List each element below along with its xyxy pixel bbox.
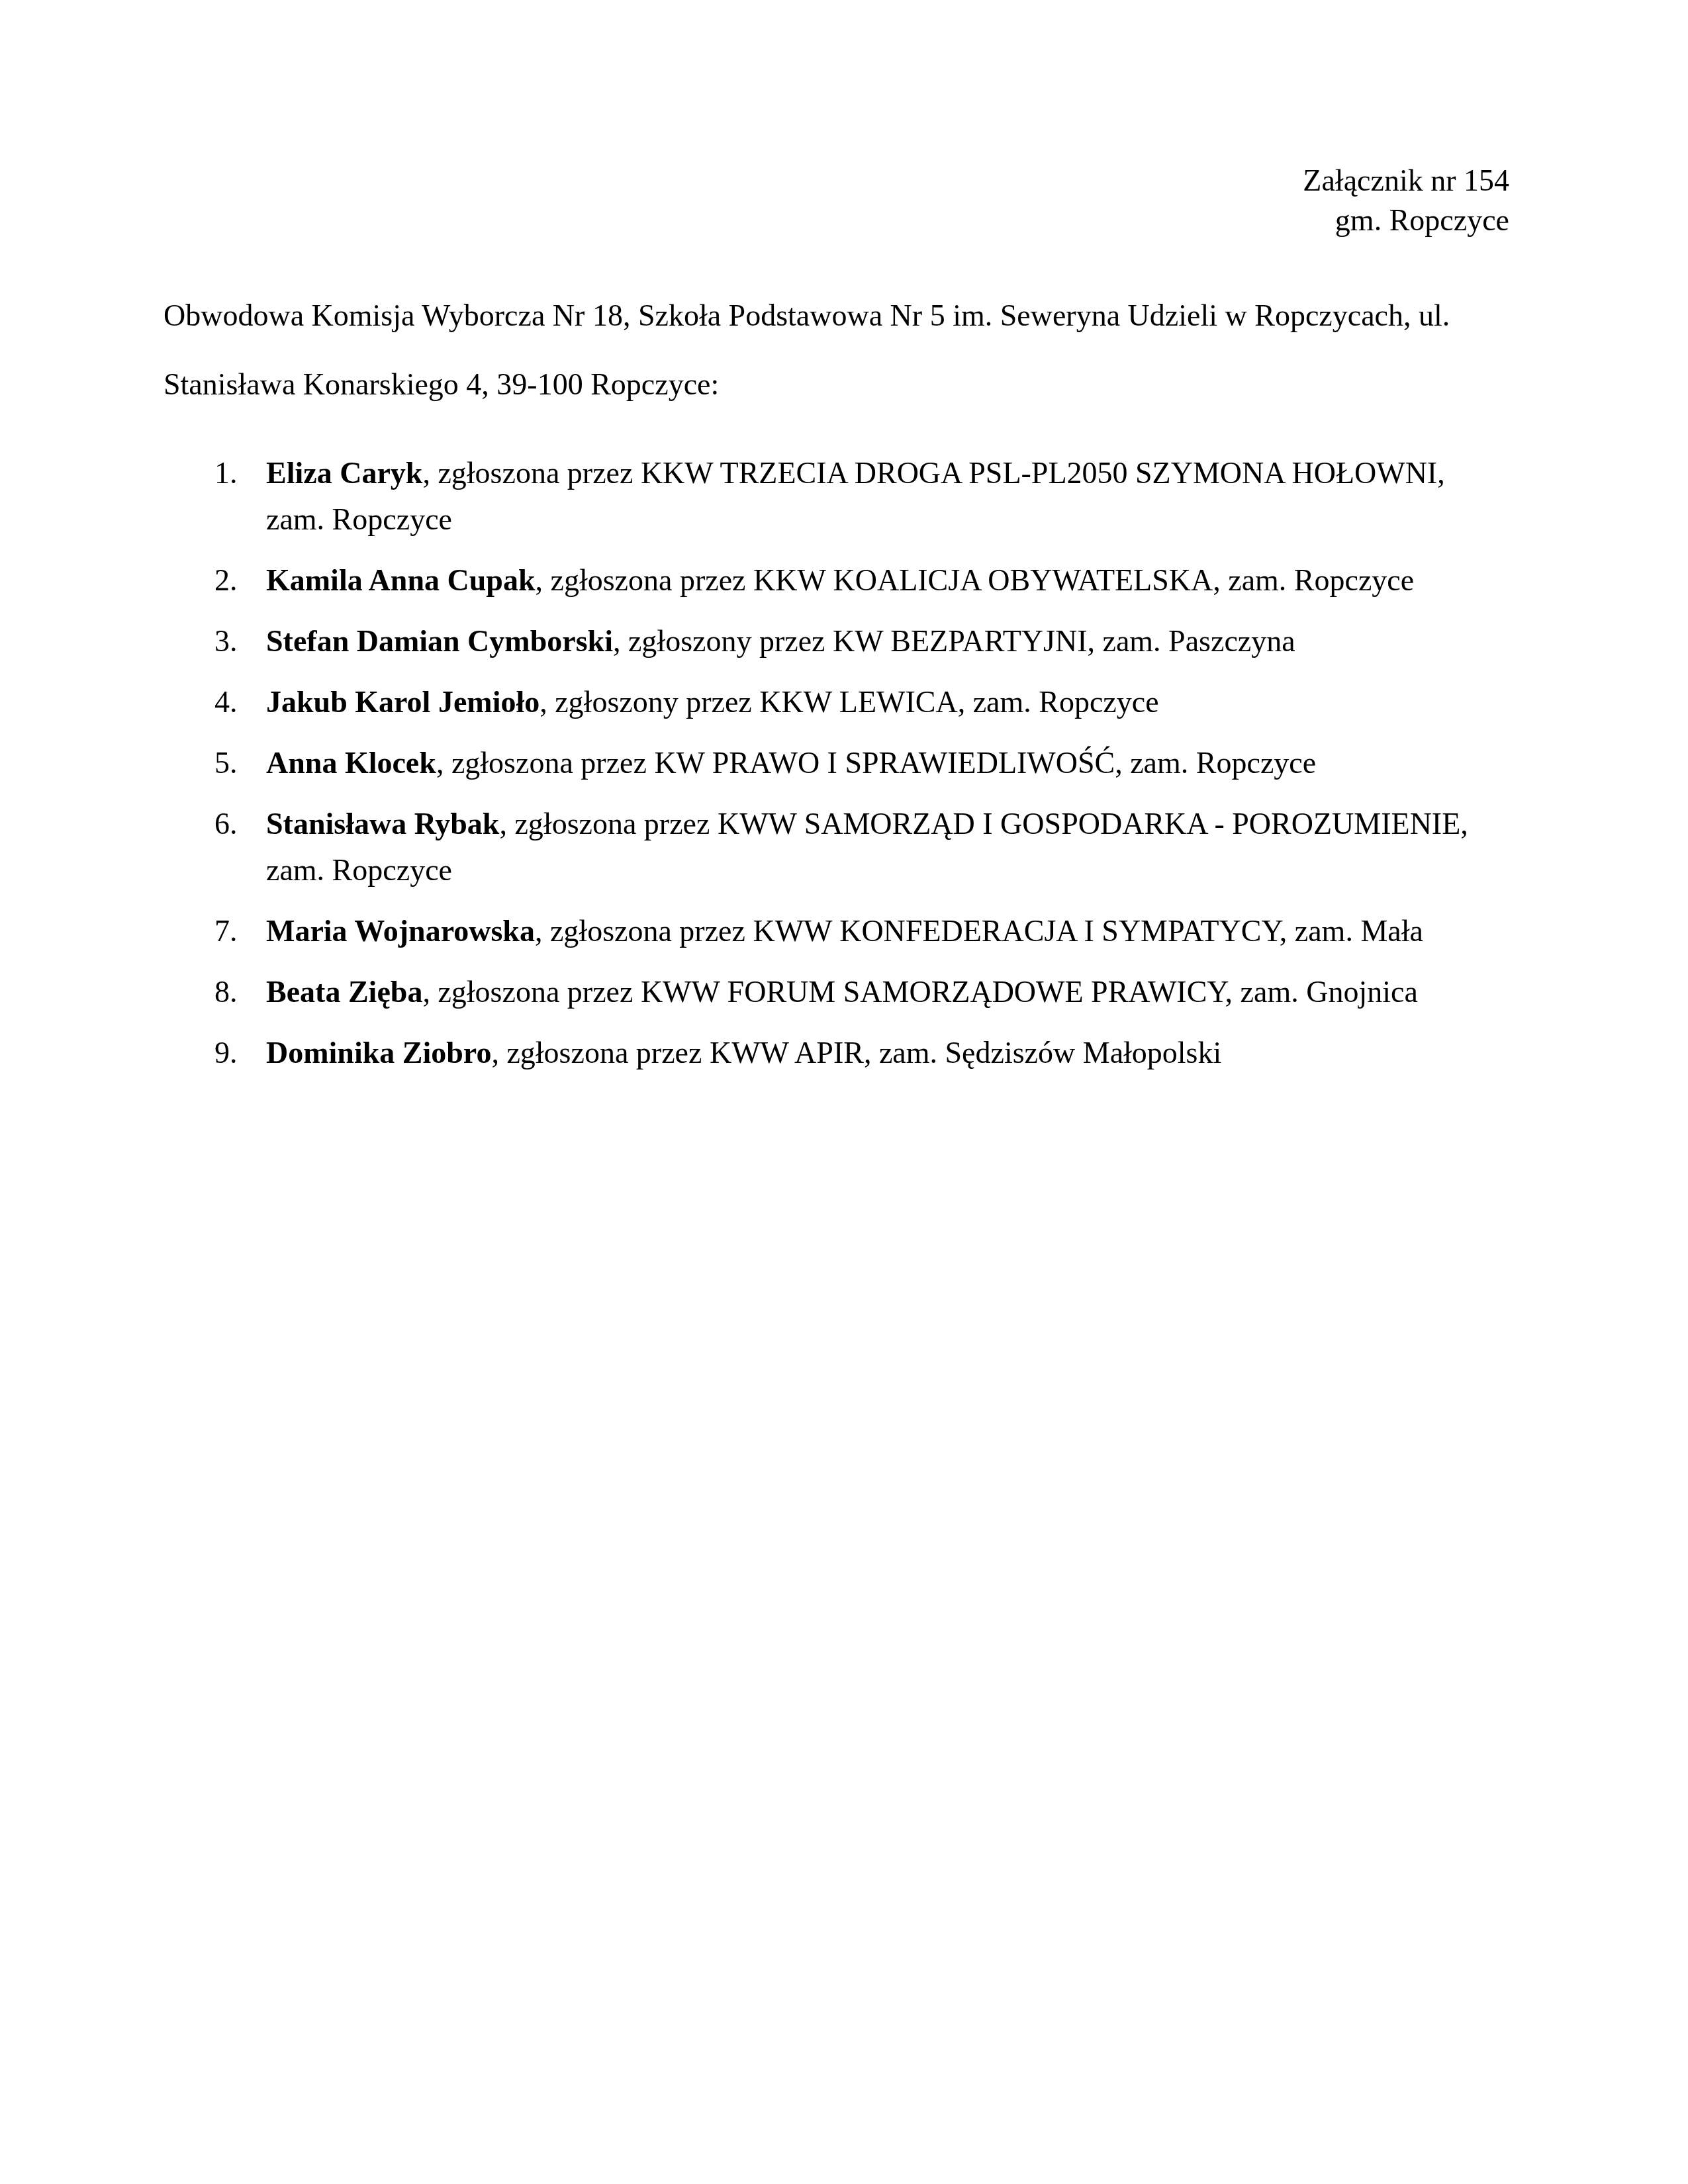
- list-item: 1. Eliza Caryk, zgłoszona przez KKW TRZE…: [164, 450, 1527, 543]
- list-item-number: 3.: [214, 618, 238, 664]
- commission-description: Obwodowa Komisja Wyborcza Nr 18, Szkoła …: [164, 281, 1514, 419]
- member-details: , zgłoszona przez KWW APIR, zam. Sędzisz…: [491, 1036, 1221, 1069]
- member-details: , zgłoszony przez KKW LEWICA, zam. Ropcz…: [539, 685, 1158, 719]
- list-item: 8. Beata Zięba, zgłoszona przez KWW FORU…: [164, 969, 1527, 1015]
- list-item-number: 1.: [214, 450, 238, 496]
- list-item: 5. Anna Klocek, zgłoszona przez KW PRAWO…: [164, 740, 1527, 786]
- document-page: Załącznik nr 154 gm. Ropczyce Obwodowa K…: [0, 0, 1688, 2184]
- list-item: 6. Stanisława Rybak, zgłoszona przez KWW…: [164, 801, 1527, 893]
- member-name: Dominika Ziobro: [266, 1036, 491, 1069]
- list-item: 3. Stefan Damian Cymborski, zgłoszony pr…: [164, 618, 1527, 664]
- list-item-number: 8.: [214, 969, 238, 1015]
- list-item-number: 9.: [214, 1030, 238, 1076]
- list-item-number: 2.: [214, 557, 238, 604]
- list-item: 9. Dominika Ziobro, zgłoszona przez KWW …: [164, 1030, 1527, 1076]
- commission-description-line-1: Obwodowa Komisja Wyborcza Nr 18, Szkoła …: [164, 281, 1514, 350]
- member-name: Maria Wojnarowska: [266, 914, 535, 948]
- municipality-name: gm. Ropczyce: [1303, 201, 1509, 240]
- member-residence: zam. Ropczyce: [266, 502, 452, 536]
- member-details: , zgłoszona przez KWW FORUM SAMORZĄDOWE …: [422, 975, 1417, 1009]
- list-item-number: 6.: [214, 801, 238, 847]
- member-name: Kamila Anna Cupak: [266, 563, 535, 597]
- member-details: , zgłoszona przez KW PRAWO I SPRAWIEDLIW…: [436, 746, 1316, 780]
- list-item: 7. Maria Wojnarowska, zgłoszona przez KW…: [164, 908, 1527, 954]
- list-item-number: 5.: [214, 740, 238, 786]
- member-details: , zgłoszona przez KKW KOALICJA OBYWATELS…: [535, 563, 1414, 597]
- list-item: 4. Jakub Karol Jemioło, zgłoszony przez …: [164, 679, 1527, 725]
- list-item: 2. Kamila Anna Cupak, zgłoszona przez KK…: [164, 557, 1527, 604]
- member-details: , zgłoszona przez KWW SAMORZĄD I GOSPODA…: [499, 807, 1468, 841]
- list-item-number: 4.: [214, 679, 238, 725]
- member-details: , zgłoszona przez KWW KONFEDERACJA I SYM…: [535, 914, 1423, 948]
- member-details: , zgłoszona przez KKW TRZECIA DROGA PSL-…: [422, 456, 1444, 490]
- list-item-number: 7.: [214, 908, 238, 954]
- member-name: Stanisława Rybak: [266, 807, 499, 841]
- member-details: , zgłoszony przez KW BEZPARTYJNI, zam. P…: [613, 624, 1295, 658]
- member-name: Anna Klocek: [266, 746, 436, 780]
- commission-description-line-2: Stanisława Konarskiego 4, 39-100 Ropczyc…: [164, 350, 1514, 419]
- member-name: Beata Zięba: [266, 975, 422, 1009]
- member-name: Jakub Karol Jemioło: [266, 685, 539, 719]
- member-name: Eliza Caryk: [266, 456, 422, 490]
- member-list: 1. Eliza Caryk, zgłoszona przez KKW TRZE…: [164, 450, 1527, 1091]
- member-name: Stefan Damian Cymborski: [266, 624, 613, 658]
- document-header: Załącznik nr 154 gm. Ropczyce: [1303, 161, 1509, 240]
- attachment-number: Załącznik nr 154: [1303, 161, 1509, 201]
- member-residence: zam. Ropczyce: [266, 853, 452, 887]
